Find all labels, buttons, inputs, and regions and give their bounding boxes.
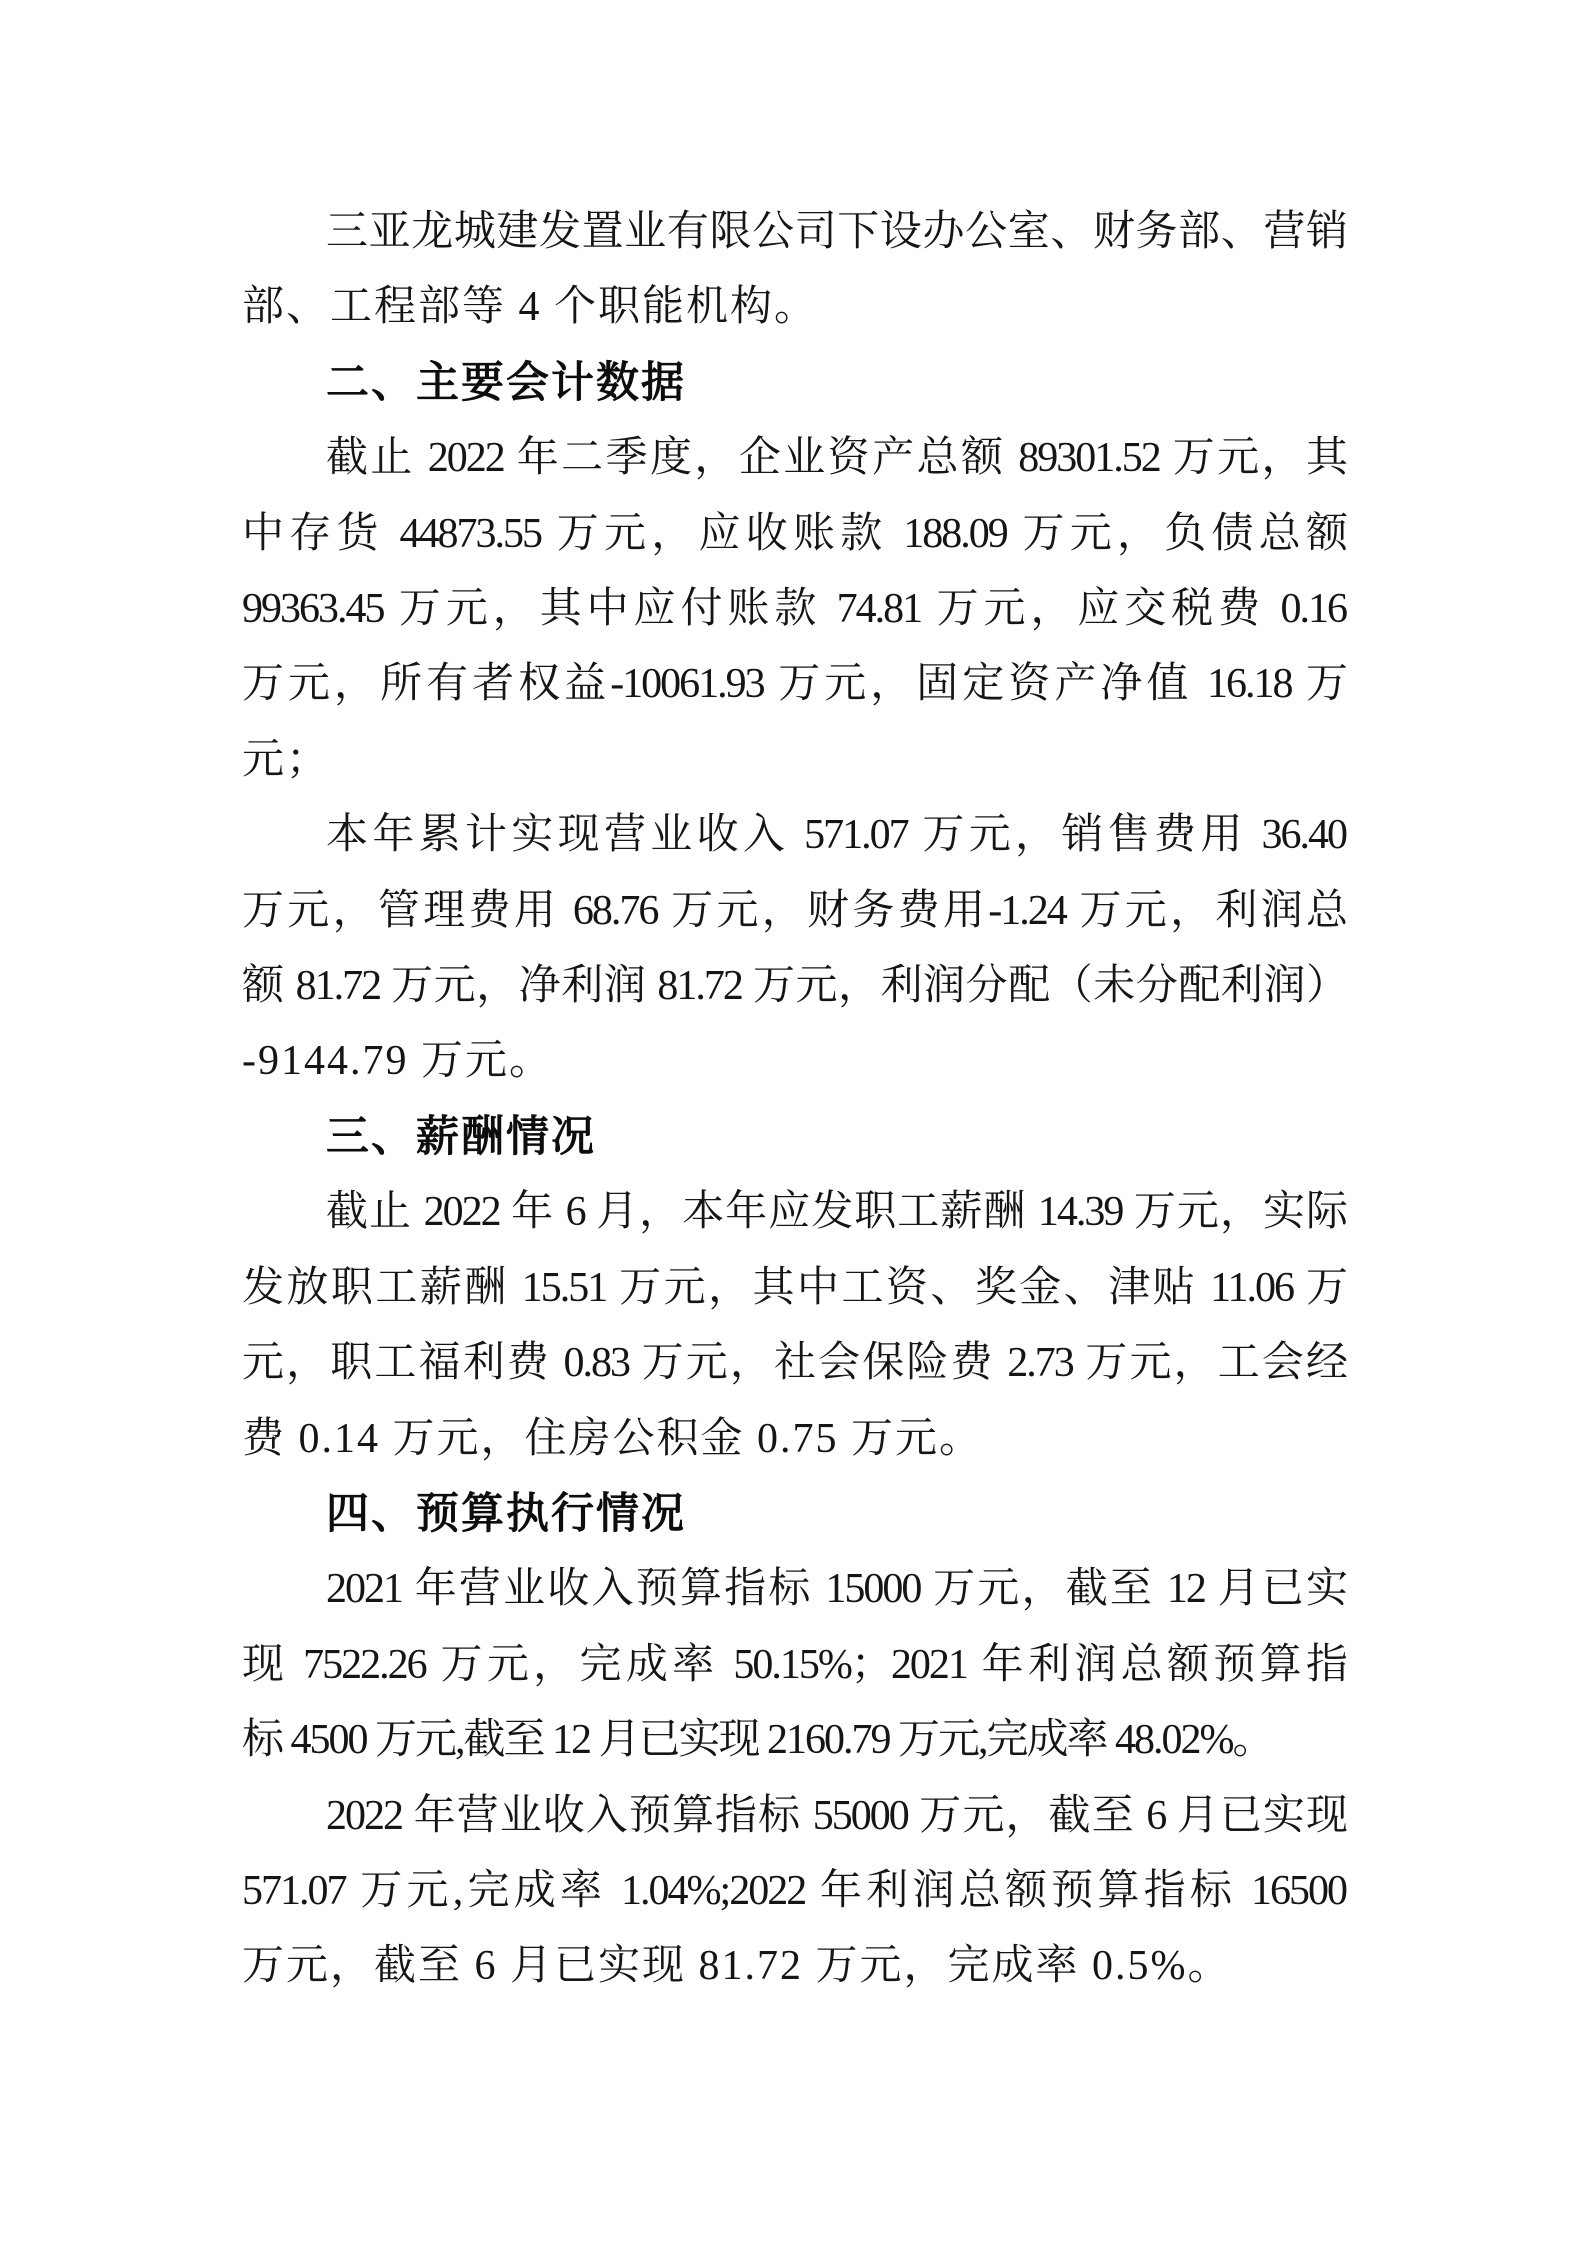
text-line: 万元，截至 6 月已实现 81.72 万元，完成率 0.5%。 [242, 1929, 1346, 2004]
text-line: 2022 年营业收入预算指标 55000 万元，截至 6 月已实现 [242, 1779, 1346, 1854]
para-income-statement: 本年累计实现营业收入 571.07 万元，销售费用 36.40万元，管理费用 6… [242, 798, 1346, 1100]
heading-budget-execution: 四、预算执行情况 [242, 1477, 1346, 1552]
text-line: 费 0.14 万元，住房公积金 0.75 万元。 [242, 1402, 1346, 1477]
heading-accounting-data: 二、主要会计数据 [242, 346, 1346, 421]
text-line: 发放职工薪酬 15.51 万元，其中工资、奖金、津贴 11.06 万 [242, 1251, 1346, 1326]
para-org-structure: 三亚龙城建发置业有限公司下设办公室、财务部、营销部、工程部等 4 个职能机构。 [242, 195, 1346, 346]
text-line: 99363.45 万元，其中应付账款 74.81 万元，应交税费 0.16 [242, 572, 1346, 647]
para-budget-2021: 2021 年营业收入预算指标 15000 万元，截至 12 月已实现 7522.… [242, 1552, 1346, 1778]
text-line: 截止 2022 年 6 月，本年应发职工薪酬 14.39 万元，实际 [242, 1175, 1346, 1250]
para-compensation: 截止 2022 年 6 月，本年应发职工薪酬 14.39 万元，实际发放职工薪酬… [242, 1175, 1346, 1477]
text-line: 2021 年营业收入预算指标 15000 万元，截至 12 月已实 [242, 1552, 1346, 1627]
text-line: 现 7522.26 万元，完成率 50.15%；2021 年利润总额预算指 [242, 1628, 1346, 1703]
text-line: 571.07 万元,完成率 1.04%;2022 年利润总额预算指标 16500 [242, 1854, 1346, 1929]
text-line: 万元，管理费用 68.76 万元，财务费用-1.24 万元，利润总 [242, 874, 1346, 949]
text-line: 三亚龙城建发置业有限公司下设办公室、财务部、营销 [242, 195, 1346, 270]
text-line: 标 4500 万元,截至 12 月已实现 2160.79 万元,完成率 48.0… [242, 1703, 1346, 1778]
heading-compensation: 三、薪酬情况 [242, 1100, 1346, 1175]
para-budget-2022: 2022 年营业收入预算指标 55000 万元，截至 6 月已实现571.07 … [242, 1779, 1346, 2005]
section-heading: 二、主要会计数据 [242, 346, 1346, 421]
text-line: 元，职工福利费 0.83 万元，社会保险费 2.73 万元，工会经 [242, 1326, 1346, 1401]
text-line: 万元，所有者权益-10061.93 万元，固定资产净值 16.18 万 [242, 647, 1346, 722]
text-line: 元； [242, 723, 1346, 798]
section-heading: 三、薪酬情况 [242, 1100, 1346, 1175]
text-line: 中存货 44873.55 万元，应收账款 188.09 万元，负债总额 [242, 497, 1346, 572]
document-text-area: 三亚龙城建发置业有限公司下设办公室、财务部、营销部、工程部等 4 个职能机构。二… [242, 195, 1346, 2005]
text-line: 部、工程部等 4 个职能机构。 [242, 270, 1346, 345]
section-heading: 四、预算执行情况 [242, 1477, 1346, 1552]
text-line: 本年累计实现营业收入 571.07 万元，销售费用 36.40 [242, 798, 1346, 873]
text-line: 额 81.72 万元，净利润 81.72 万元，利润分配（未分配利润） [242, 949, 1346, 1024]
para-balance-sheet: 截止 2022 年二季度，企业资产总额 89301.52 万元，其中存货 448… [242, 421, 1346, 798]
document-page: 三亚龙城建发置业有限公司下设办公室、财务部、营销部、工程部等 4 个职能机构。二… [0, 0, 1587, 2245]
text-line: -9144.79 万元。 [242, 1024, 1346, 1099]
text-line: 截止 2022 年二季度，企业资产总额 89301.52 万元，其 [242, 421, 1346, 496]
